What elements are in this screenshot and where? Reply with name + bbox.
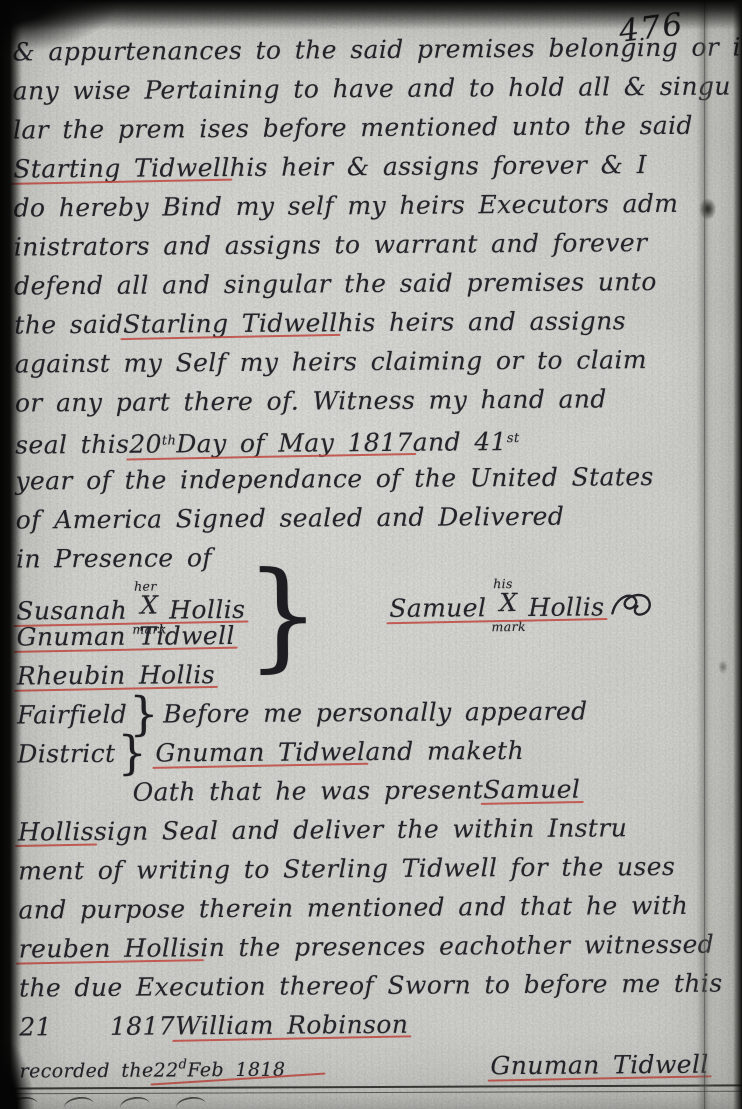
text-run: ment of writing to Sterling Tidwell for … [18, 847, 675, 891]
text-run: his heirs and assigns [337, 301, 626, 342]
handwritten-line: year of the independance of the United S… [15, 456, 735, 500]
text-run: the said [14, 305, 123, 345]
handwritten-line: lar the prem ises before mentioned unto … [13, 105, 733, 149]
text-run: 1817 [110, 1006, 176, 1045]
underlined-text: Samuel [483, 770, 580, 810]
superscript-text: st [507, 419, 520, 458]
handwritten-line: & appurtenances to the said premises bel… [12, 27, 732, 71]
text-run: Oath that he was present [133, 770, 484, 811]
text-run: and maketh [365, 731, 524, 771]
underlined-text: SamuelhisXmarkHollis [389, 587, 604, 628]
text-run: in Presence of [16, 538, 212, 578]
handwritten-line: SusanahherXmarkHollis}SamuelhisXmarkHoll… [16, 573, 736, 617]
text-run: inistrators and assigns to warrant and f… [14, 223, 648, 266]
text-run: 22 [153, 1051, 178, 1090]
text-run: seal this [15, 425, 129, 465]
text-run: against my Self my heirs claiming or to … [15, 340, 648, 383]
underlined-text: William Robinson [175, 1005, 408, 1046]
text-run: Hollis [528, 587, 604, 627]
handwritten-line: inistrators and assigns to warrant and f… [14, 222, 734, 266]
entry-separator-rule-2 [4, 1091, 742, 1095]
handwritten-line: defend all and singular the said premise… [14, 261, 734, 305]
text-run: in the presences eachother witnessed [200, 925, 714, 968]
handwritten-line: Oath that he was present Samuel [133, 768, 738, 811]
handwritten-line: reuben Hollis in the presences eachother… [19, 924, 739, 968]
handwritten-line: the due Execution thereof Sworn to befor… [19, 963, 739, 1007]
x-mark: hisXmark [489, 592, 525, 622]
text-run: Fairfield [17, 695, 127, 735]
superscript-text: d [178, 1045, 187, 1084]
text-run: 21 [19, 1007, 52, 1046]
underlined-text: Hollis [18, 812, 94, 852]
handwritten-line: ment of writing to Sterling Tidwell for … [18, 846, 738, 890]
text-run: sign Seal and deliver the within Instru [94, 808, 627, 851]
handwritten-line: 211817 William Robinson [19, 1002, 739, 1046]
underlined-text: Starling Tidwell [123, 303, 338, 343]
handwritten-line: of America Signed sealed and Delivered [16, 495, 736, 539]
text-run: defend all and singular the said premise… [14, 262, 657, 305]
text-run: Day of May 1817 [176, 423, 413, 464]
text-run: Feb 1818 [187, 1051, 285, 1091]
handwritten-line: Rheubin Hollis [17, 651, 737, 695]
handwritten-line: any wise Pertaining to have and to hold … [13, 66, 733, 110]
text-run: 20 [129, 424, 162, 463]
mark-label-below: mark [491, 621, 526, 633]
handwritten-line: District}Gnuman Tidwel and maketh [17, 729, 737, 773]
text-run: & appurtenances to the said premises bel… [12, 27, 742, 71]
handwritten-line: recorded the 22d Feb 1818Gnuman Tidwell [19, 1041, 739, 1085]
superscript-text: th [162, 421, 177, 460]
underlined-text: Gnuman Tidwell [490, 1045, 709, 1086]
underlined-text: 20th Day of May 1817 [129, 420, 413, 464]
handwritten-line: the said Starling Tidwell his heirs and … [14, 300, 734, 344]
text-run: of America Signed sealed and Delivered [16, 497, 565, 540]
handwritten-line: do hereby Bind my self my heirs Executor… [13, 183, 733, 227]
handwritten-line: Starting Tidwell his heir & assigns fore… [13, 144, 733, 188]
text-run: recorded the [19, 1052, 153, 1092]
underlined-text: Gnuman Tidwel [155, 732, 365, 772]
text-run: lar the prem ises before mentioned unto … [13, 106, 693, 150]
mark-label-x: X [140, 593, 158, 618]
seal-scribble-icon [610, 589, 654, 632]
text-run: any wise Pertaining to have and to hold … [13, 67, 731, 111]
text-run: and purpose therein mentioned and that h… [18, 886, 688, 930]
text-run: or any part there of. Witness my hand an… [15, 379, 607, 422]
text-run: do hereby Bind my self my heirs Executor… [13, 184, 678, 228]
text-run: Before me personally appeared [163, 692, 588, 734]
underlined-text: 22d Feb 1818 [153, 1045, 285, 1091]
handwritten-line: against my Self my heirs claiming or to … [15, 339, 735, 383]
mark-label-x: X [499, 590, 517, 615]
handwritten-line: seal this 20th Day of May 1817 and 41st [15, 417, 735, 461]
handwritten-line: and purpose therein mentioned and that h… [18, 885, 738, 929]
underlined-text: Rheubin Hollis [17, 655, 215, 695]
handwritten-line: Hollis sign Seal and deliver the within … [18, 807, 738, 851]
text-run: Samuel [389, 588, 486, 628]
spacing-gap [52, 1034, 110, 1035]
text-run: year of the independance of the United S… [15, 457, 654, 500]
text-run: the due Execution thereof Sworn to befor… [19, 964, 723, 1008]
handwritten-line: or any part there of. Witness my hand an… [15, 378, 735, 422]
underlined-text: reuben Hollis [19, 928, 201, 968]
underlined-text: Gnuman Tidwell [16, 616, 235, 657]
handwritten-line: in Presence of [16, 534, 736, 578]
cutoff-next-entry-strokes [8, 1097, 528, 1109]
text-run: and 41 [413, 422, 507, 462]
text-run: his heir & assigns forever & I [230, 145, 648, 187]
text-run: District [17, 734, 115, 774]
underlined-text: Starting Tidwell [13, 148, 230, 189]
document-scan-page: 476 & appurtenances to the said premises… [0, 0, 742, 1109]
handwritten-text-block: & appurtenances to the said premises bel… [12, 27, 739, 1085]
